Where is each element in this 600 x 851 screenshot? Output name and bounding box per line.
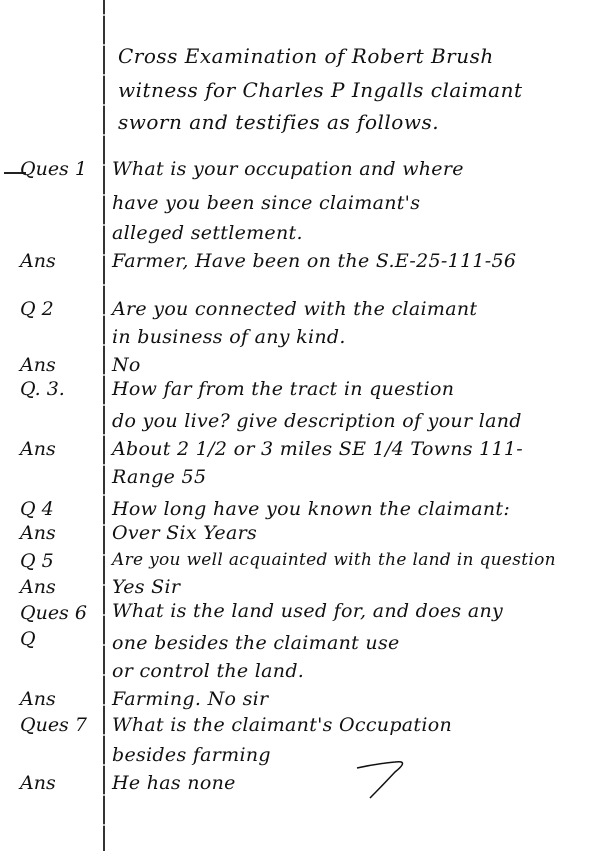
entry-label-a7: Ans: [20, 772, 102, 794]
a3-line-1: About 2 1/2 or 3 miles SE 1/4 Towns 111-: [112, 438, 523, 460]
pen-flourish: [355, 760, 415, 800]
entry-label-a2: Ans: [20, 354, 102, 376]
entry-label-q6: Ques 6 Q: [20, 600, 100, 652]
a3-line-2: Range 55: [112, 466, 206, 488]
q2-line-2: in business of any kind.: [112, 326, 346, 348]
handwritten-document-page: Cross Examination of Robert Brush witnes…: [0, 0, 600, 851]
q5-line-1: Are you well acquainted with the land in…: [112, 550, 556, 570]
heading-line-1: Cross Examination of Robert Brush: [118, 44, 494, 68]
entry-label-a6: Ans: [20, 688, 102, 710]
a7-line-1: He has none: [112, 772, 236, 794]
a5-line-1: Yes Sir: [112, 576, 180, 598]
q1-line-2: have you been since claimant's: [112, 192, 420, 214]
a6-line-1: Farming. No sir: [112, 688, 268, 710]
q6-line-2: one besides the claimant use: [112, 632, 400, 654]
entry-label-a1: Ans: [20, 250, 102, 272]
entry-label-q1: Ques 1: [20, 158, 102, 180]
q1-line-3: alleged settlement.: [112, 222, 303, 244]
entry-label-q3: Q. 3.: [20, 378, 102, 400]
margin-rule: [103, 0, 105, 851]
q7-line-1: What is the claimant's Occupation: [112, 714, 452, 736]
q4-line-1: How long have you known the claimant:: [112, 498, 510, 520]
entry-label-a4: Ans: [20, 522, 102, 544]
q1-line-1: What is your occupation and where: [112, 158, 464, 180]
q6-line-3: or control the land.: [112, 660, 304, 682]
q7-line-2: besides farming: [112, 744, 271, 766]
a4-line-1: Over Six Years: [112, 522, 257, 544]
entry-label-q5: Q 5: [20, 550, 102, 572]
q3-line-2: do you live? give description of your la…: [112, 410, 522, 432]
q2-line-1: Are you connected with the claimant: [112, 298, 477, 320]
entry-label-q4: Q 4: [20, 498, 102, 520]
q3-line-1: How far from the tract in question: [112, 378, 454, 400]
a2-line-1: No: [112, 354, 141, 376]
entry-label-q7: Ques 7: [20, 714, 102, 736]
entry-label-a3: Ans: [20, 438, 102, 460]
a1-line-1: Farmer, Have been on the S.E-25-111-56: [112, 250, 516, 272]
heading-line-2: witness for Charles P Ingalls claimant: [118, 78, 523, 102]
entry-label-a5: Ans: [20, 576, 102, 598]
q6-line-1: What is the land used for, and does any: [112, 600, 503, 622]
heading-line-3: sworn and testifies as follows.: [118, 110, 439, 134]
entry-label-q2: Q 2: [20, 298, 102, 320]
